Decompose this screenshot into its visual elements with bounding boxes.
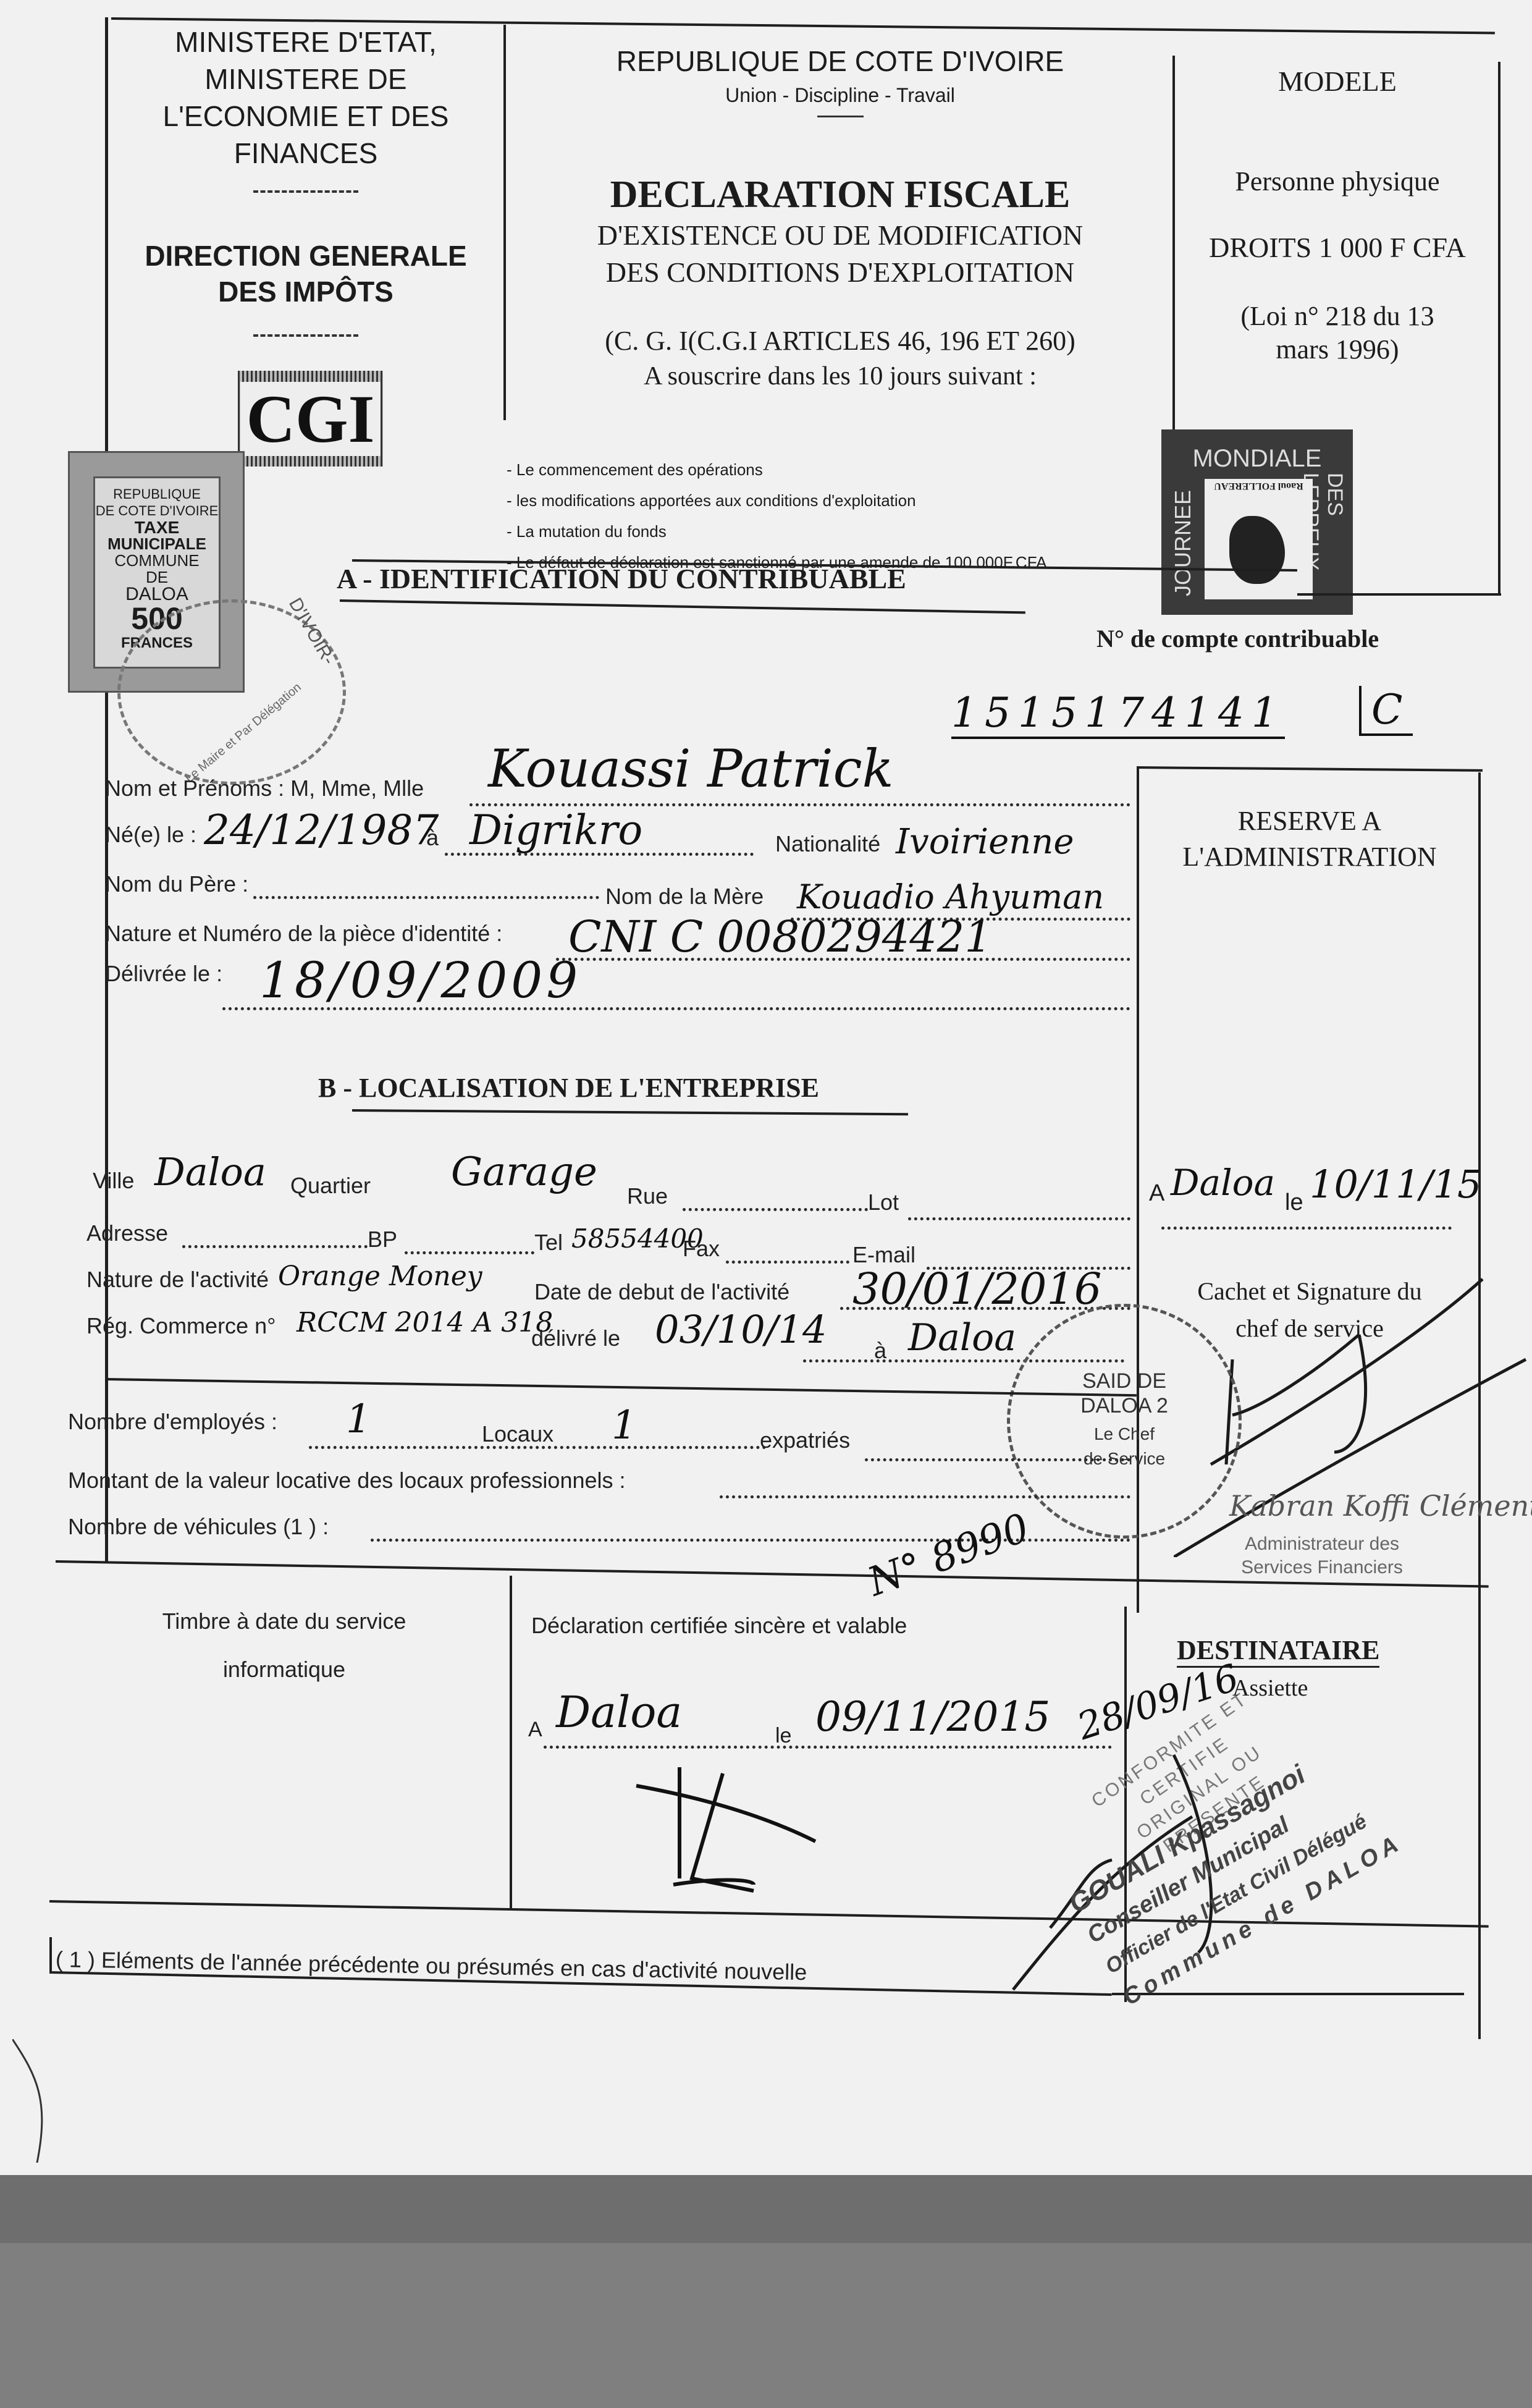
fax-label: Fax	[683, 1236, 720, 1262]
lot-label: Lot	[868, 1189, 899, 1215]
deadline-text: A souscrire dans les 10 jours suivant :	[507, 361, 1174, 391]
trade-register-issued-field[interactable]: 03/10/14	[655, 1307, 827, 1352]
condition-item: - Le commencement des opérations	[507, 454, 1174, 485]
fees: DROITS 1 000 F CFA	[1177, 231, 1498, 264]
mother-name-field[interactable]: Kouadio Ahyuman	[797, 877, 1104, 916]
birth-place-field[interactable]: Digrikro	[469, 806, 642, 854]
father-name-label: Nom du Père :	[105, 871, 248, 897]
expatriates-label: expatriés	[760, 1427, 850, 1453]
registration-annotation: N° 8990	[862, 1505, 1035, 1605]
birth-place-label: à	[426, 825, 439, 851]
name-label: Nom et Prénoms : M, Mme, Mlle	[105, 775, 424, 801]
district-label: Quartier	[290, 1173, 371, 1199]
document-subtitle: D'EXISTENCE OU DE MODIFICATION	[507, 217, 1174, 254]
tel-label: Tel	[534, 1230, 563, 1256]
account-number-label: N° de compte contribuable	[1096, 624, 1379, 653]
ministry-block: MINISTERE D'ETAT, MINISTERE DE L'ECONOMI…	[111, 23, 500, 193]
activity-label: Nature de l'activité	[86, 1267, 269, 1293]
signatory-name: Kabran Koffi Clément	[1229, 1489, 1532, 1523]
recipient-label: DESTINATAIRE	[1177, 1634, 1379, 1668]
trade-register-issued-label: délivré le	[531, 1325, 620, 1351]
signatory-title: Administrateur des Services Financiers	[1192, 1532, 1452, 1579]
account-key-value: C	[1359, 686, 1413, 736]
paper-edge-mark	[12, 2039, 49, 2163]
trade-register-label: Rég. Commerce n°	[86, 1313, 276, 1339]
id-document-field[interactable]: CNI C 0080294421	[568, 911, 992, 962]
address-label: Adresse	[86, 1220, 168, 1246]
vehicles-label: Nombre de véhicules (1 ) :	[68, 1514, 329, 1540]
district-field[interactable]: Garage	[451, 1149, 597, 1195]
ministry-line: L'ECONOMIE ET DES	[111, 98, 500, 135]
nationality-field[interactable]: Ivoirienne	[896, 822, 1074, 862]
ministry-line: FINANCES	[111, 135, 500, 172]
street-label: Rue	[627, 1183, 668, 1209]
rental-value-label: Montant de la valeur locative des locaux…	[68, 1468, 626, 1493]
nationality-label: Nationalité	[775, 831, 880, 857]
certified-label: Déclaration certifiée sincère et valable	[531, 1613, 907, 1639]
birth-date-field[interactable]: 24/12/1987	[204, 806, 439, 854]
mayor-stamp: D'IVOIR- Le Maire et Par Délégation	[117, 599, 346, 785]
id-issued-label: Délivrée le :	[105, 961, 222, 987]
globe-icon: Raoul FOLLEREAU	[1205, 479, 1313, 599]
city-field[interactable]: Daloa	[154, 1149, 266, 1194]
condition-item: - La mutation du fonds	[507, 516, 1174, 547]
birth-date-label: Né(e) le :	[105, 822, 196, 848]
id-document-label: Nature et Numéro de la pièce d'identité …	[105, 921, 502, 947]
scanned-document: MINISTERE D'ETAT, MINISTERE DE L'ECONOMI…	[0, 0, 1532, 2175]
articles-reference: (C. G. I(C.G.I ARTICLES 46, 196 ET 260)	[507, 325, 1174, 357]
header-divider-1	[503, 25, 506, 420]
direction-line: DIRECTION GENERALE	[111, 238, 500, 274]
leprosy-day-stamp: MONDIALE JOURNEE DES LEPREUX Raoul FOLLE…	[1161, 429, 1353, 615]
ministry-line: MINISTERE D'ETAT,	[111, 23, 500, 61]
tax-office-stamp: SAID DE DALOA 2 Le Chef de Service	[1007, 1304, 1242, 1539]
id-issued-field[interactable]: 18/09/2009	[259, 952, 581, 1009]
admin-place-prefix: A	[1149, 1180, 1164, 1207]
start-date-field[interactable]: 30/01/2016	[852, 1264, 1101, 1314]
timbre-label: Timbre à date du service informatique	[62, 1597, 507, 1694]
model-label: MODELE	[1177, 65, 1498, 98]
republic-name: REPUBLIQUE DE COTE D'IVOIRE	[507, 44, 1174, 78]
section-b-title: B - LOCALISATION DE L'ENTREPRISE	[318, 1072, 819, 1104]
condition-item: - les modifications apportées aux condit…	[507, 485, 1174, 516]
ministry-line: MINISTERE DE	[111, 61, 500, 98]
city-label: Ville	[93, 1168, 134, 1194]
person-type: Personne physique	[1177, 166, 1498, 197]
admin-reserved-title: RESERVE A L'ADMINISTRATION	[1140, 803, 1479, 875]
section-a-title: A - IDENTIFICATION DU CONTRIBUABLE	[337, 562, 906, 595]
conditions-list: - Le commencement des opérations - les m…	[507, 454, 1174, 578]
scanner-shadow-band	[0, 2175, 1532, 2243]
recipient-value: Assiette	[1232, 1675, 1308, 1702]
cgi-logo-icon: CGI	[238, 371, 383, 467]
certified-place-field[interactable]: Daloa	[556, 1687, 682, 1738]
employees-field[interactable]: 1	[346, 1396, 371, 1442]
mother-name-label: Nom de la Mère	[605, 884, 764, 910]
admin-date-prefix: le	[1285, 1189, 1303, 1216]
bp-label: BP	[368, 1227, 397, 1253]
account-number-value: 1515174141	[951, 689, 1285, 739]
model-block: MODELE Personne physique DROITS 1 000 F …	[1177, 65, 1498, 366]
certified-date-prefix: le	[775, 1724, 791, 1748]
admin-date-field[interactable]: 10/11/15	[1310, 1162, 1481, 1207]
premises-label: Locaux	[482, 1421, 553, 1447]
declarant-signature-icon	[630, 1761, 828, 1903]
admin-place-field[interactable]: Daloa	[1171, 1162, 1275, 1204]
trade-register-place-field[interactable]: Daloa	[908, 1316, 1016, 1359]
certified-place-prefix: A	[528, 1718, 542, 1742]
trade-register-field[interactable]: RCCM 2014 A 318	[297, 1307, 553, 1338]
law-reference: (Loi n° 218 du 13 mars 1996)	[1177, 300, 1498, 366]
premises-field[interactable]: 1	[612, 1403, 637, 1448]
document-subtitle: DES CONDITIONS D'EXPLOITATION	[507, 254, 1174, 291]
certified-date-field[interactable]: 09/11/2015	[815, 1693, 1050, 1741]
motto: Union - Discipline - Travail	[507, 84, 1174, 107]
document-title: DECLARATION FISCALE	[507, 173, 1174, 217]
frame-right-top	[1498, 62, 1500, 593]
republic-block: REPUBLIQUE DE COTE D'IVOIRE Union - Disc…	[507, 44, 1174, 117]
employees-label: Nombre d'employés :	[68, 1409, 277, 1435]
activity-field[interactable]: Orange Money	[278, 1261, 482, 1292]
title-block: DECLARATION FISCALE D'EXISTENCE OU DE MO…	[507, 173, 1174, 391]
direction-line: DES IMPÔTS	[111, 274, 500, 310]
direction-block: DIRECTION GENERALE DES IMPÔTS	[111, 238, 500, 337]
name-field[interactable]: Kouassi Patrick	[488, 738, 894, 799]
start-date-label: Date de debut de l'activité	[534, 1279, 789, 1305]
